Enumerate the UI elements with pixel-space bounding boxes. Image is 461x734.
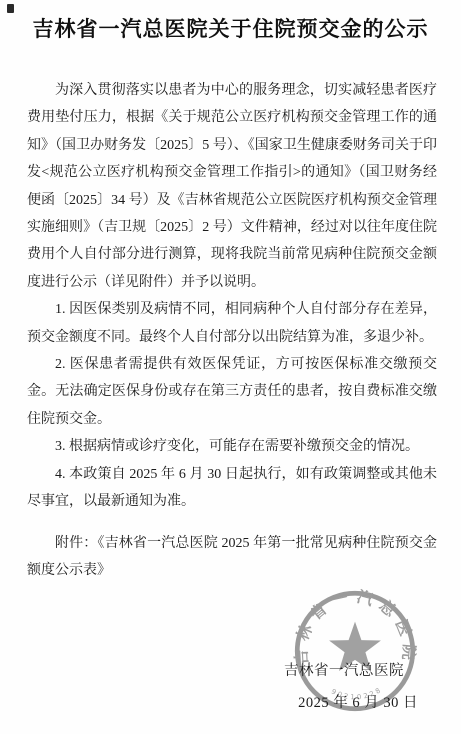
paragraph-item-3: 3. 根据病情或诊疗变化，可能存在需要补缴预交金的情况。 xyxy=(27,433,437,460)
scan-artifact xyxy=(7,4,14,13)
paragraph-intro: 为深入贯彻落实以患者为中心的服务理念，切实减轻患者医疗费用垫付压力，根据《关于规… xyxy=(27,77,437,296)
signature-org: 吉林省一汽总医院 xyxy=(284,659,404,680)
paragraph-item-4: 4. 本政策自 2025 年 6 月 30 日起执行，如有政策调整或其他未尽事宜… xyxy=(27,461,437,516)
signature-date: 2025 年 6 月 30 日 xyxy=(298,691,418,712)
paragraph-item-1: 1. 因医保类别及病情不同，相同病种个人自付部分存在差异，预交金额度不同。最终个… xyxy=(27,296,437,351)
notice-document: 吉林省一汽总医院关于住院预交金的公示 为深入贯彻落实以患者为中心的服务理念，切实… xyxy=(0,0,461,734)
document-body: 为深入贯彻落实以患者为中心的服务理念，切实减轻患者医疗费用垫付压力，根据《关于规… xyxy=(27,77,437,516)
document-title: 吉林省一汽总医院关于住院预交金的公示 xyxy=(20,14,441,44)
paragraph-item-2: 2. 医保患者需提供有效医保凭证，方可按医保标准交缴预交金。无法确定医保身份或存… xyxy=(27,351,437,433)
